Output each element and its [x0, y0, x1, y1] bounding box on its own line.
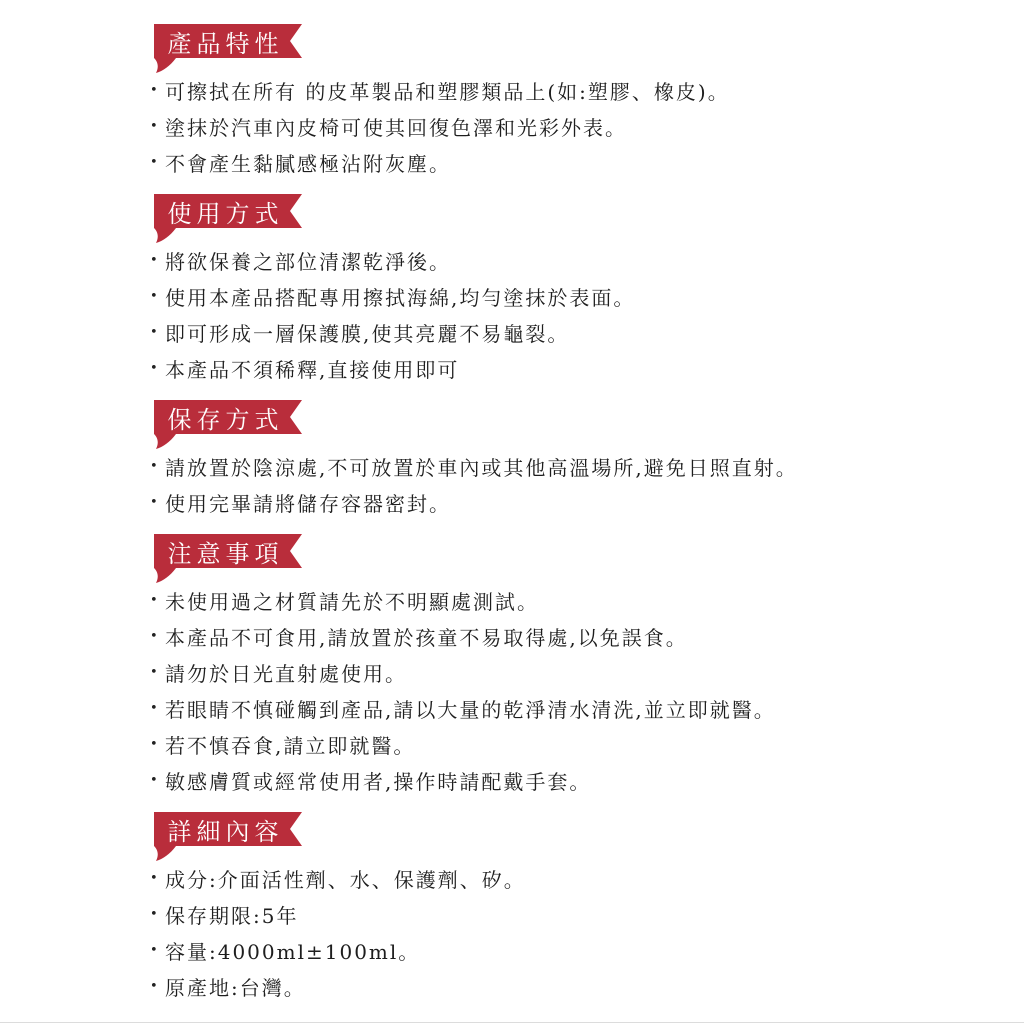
list-item: • 使用本產品搭配專用擦拭海綿,均勻塗抹於表面。	[150, 278, 924, 314]
section-item-list: • 可擦拭在所有 的皮革製品和塑膠類品上(如:塑膠、橡皮)。 • 塗抹於汽車內皮…	[150, 72, 924, 180]
bullet-icon: •	[150, 907, 165, 922]
product-section: 產品特性 • 可擦拭在所有 的皮革製品和塑膠類品上(如:塑膠、橡皮)。 • 塗抹…	[150, 23, 924, 180]
list-item-text: 請勿於日光直射處使用。	[165, 658, 407, 687]
bullet-icon: •	[150, 289, 165, 304]
list-item: • 保存期限:5年	[150, 896, 924, 932]
list-item: • 可擦拭在所有 的皮革製品和塑膠類品上(如:塑膠、橡皮)。	[150, 72, 924, 108]
section-title: 注意事項	[156, 533, 290, 569]
list-item-text: 塗抹於汽車內皮椅可使其回復色澤和光彩外表。	[165, 112, 627, 141]
bottom-divider-line	[0, 1022, 1024, 1023]
section-title: 使用方式	[156, 193, 290, 229]
list-item-text: 即可形成一層保護膜,使其亮麗不易龜裂。	[165, 318, 569, 347]
product-sections: 產品特性 • 可擦拭在所有 的皮革製品和塑膠類品上(如:塑膠、橡皮)。 • 塗抹…	[150, 23, 924, 1017]
section-ribbon: 注意事項	[150, 533, 302, 569]
list-item: • 塗抹於汽車內皮椅可使其回復色澤和光彩外表。	[150, 108, 924, 144]
list-item: • 不會產生黏膩感極沾附灰塵。	[150, 144, 924, 180]
section-title: 產品特性	[156, 23, 290, 59]
list-item-text: 將欲保養之部位清潔乾淨後。	[165, 246, 451, 275]
bullet-icon: •	[150, 871, 165, 886]
product-section: 使用方式 • 將欲保養之部位清潔乾淨後。 • 使用本產品搭配專用擦拭海綿,均勻塗…	[150, 193, 924, 386]
list-item: • 成分:介面活性劑、水、保護劑、矽。	[150, 860, 924, 896]
bullet-icon: •	[150, 773, 165, 788]
section-item-list: • 未使用過之材質請先於不明顯處測試。 • 本產品不可食用,請放置於孩童不易取得…	[150, 582, 924, 798]
section-title: 詳細內容	[156, 811, 290, 847]
bullet-icon: •	[150, 459, 165, 474]
bullet-icon: •	[150, 629, 165, 644]
bullet-icon: •	[150, 701, 165, 716]
list-item-text: 使用本產品搭配專用擦拭海綿,均勻塗抹於表面。	[165, 282, 635, 311]
bullet-icon: •	[150, 253, 165, 268]
list-item: • 容量:4000ml±100ml。	[150, 932, 924, 968]
list-item-text: 使用完畢請將儲存容器密封。	[165, 488, 451, 517]
bullet-icon: •	[150, 737, 165, 752]
list-item-text: 成分:介面活性劑、水、保護劑、矽。	[165, 864, 526, 893]
list-item-text: 原產地:台灣。	[165, 972, 306, 1001]
list-item: • 使用完畢請將儲存容器密封。	[150, 484, 924, 520]
list-item: • 敏感膚質或經常使用者,操作時請配戴手套。	[150, 762, 924, 798]
section-item-list: • 請放置於陰涼處,不可放置於車內或其他高溫場所,避免日照直射。 • 使用完畢請…	[150, 448, 924, 520]
bullet-icon: •	[150, 325, 165, 340]
list-item: • 請放置於陰涼處,不可放置於車內或其他高溫場所,避免日照直射。	[150, 448, 924, 484]
section-ribbon: 產品特性	[150, 23, 302, 59]
list-item: • 本產品不須稀釋,直接使用即可	[150, 350, 924, 386]
list-item-text: 保存期限:5年	[165, 900, 298, 929]
bullet-icon: •	[150, 119, 165, 134]
list-item: • 請勿於日光直射處使用。	[150, 654, 924, 690]
bullet-icon: •	[150, 665, 165, 680]
list-item-text: 若眼睛不慎碰觸到產品,請以大量的乾淨清水清洗,並立即就醫。	[165, 694, 776, 723]
list-item: • 未使用過之材質請先於不明顯處測試。	[150, 582, 924, 618]
product-section: 保存方式 • 請放置於陰涼處,不可放置於車內或其他高溫場所,避免日照直射。 • …	[150, 399, 924, 520]
product-description-page: 產品特性 • 可擦拭在所有 的皮革製品和塑膠類品上(如:塑膠、橡皮)。 • 塗抹…	[0, 0, 1024, 1024]
list-item-text: 敏感膚質或經常使用者,操作時請配戴手套。	[165, 766, 591, 795]
list-item: • 若眼睛不慎碰觸到產品,請以大量的乾淨清水清洗,並立即就醫。	[150, 690, 924, 726]
list-item: • 即可形成一層保護膜,使其亮麗不易龜裂。	[150, 314, 924, 350]
list-item: • 若不慎吞食,請立即就醫。	[150, 726, 924, 762]
list-item-text: 請放置於陰涼處,不可放置於車內或其他高溫場所,避免日照直射。	[165, 452, 798, 481]
section-ribbon: 使用方式	[150, 193, 302, 229]
section-item-list: • 成分:介面活性劑、水、保護劑、矽。 • 保存期限:5年 • 容量:4000m…	[150, 860, 924, 1004]
section-ribbon: 詳細內容	[150, 811, 302, 847]
section-ribbon: 保存方式	[150, 399, 302, 435]
bullet-icon: •	[150, 943, 165, 958]
bullet-icon: •	[150, 83, 165, 98]
list-item-text: 可擦拭在所有 的皮革製品和塑膠類品上(如:塑膠、橡皮)。	[165, 76, 730, 105]
bullet-icon: •	[150, 979, 165, 994]
list-item-text: 不會產生黏膩感極沾附灰塵。	[165, 148, 451, 177]
list-item-text: 本產品不須稀釋,直接使用即可	[165, 354, 459, 383]
list-item: • 原產地:台灣。	[150, 968, 924, 1004]
section-title: 保存方式	[156, 399, 290, 435]
list-item-text: 若不慎吞食,請立即就醫。	[165, 730, 415, 759]
bullet-icon: •	[150, 495, 165, 510]
bullet-icon: •	[150, 593, 165, 608]
bullet-icon: •	[150, 155, 165, 170]
list-item: • 將欲保養之部位清潔乾淨後。	[150, 242, 924, 278]
list-item: • 本產品不可食用,請放置於孩童不易取得處,以免誤食。	[150, 618, 924, 654]
bullet-icon: •	[150, 361, 165, 376]
list-item-text: 容量:4000ml±100ml。	[165, 936, 420, 965]
section-item-list: • 將欲保養之部位清潔乾淨後。 • 使用本產品搭配專用擦拭海綿,均勻塗抹於表面。…	[150, 242, 924, 386]
list-item-text: 未使用過之材質請先於不明顯處測試。	[165, 586, 539, 615]
list-item-text: 本產品不可食用,請放置於孩童不易取得處,以免誤食。	[165, 622, 688, 651]
product-section: 注意事項 • 未使用過之材質請先於不明顯處測試。 • 本產品不可食用,請放置於孩…	[150, 533, 924, 798]
product-section: 詳細內容 • 成分:介面活性劑、水、保護劑、矽。 • 保存期限:5年 • 容量:…	[150, 811, 924, 1004]
